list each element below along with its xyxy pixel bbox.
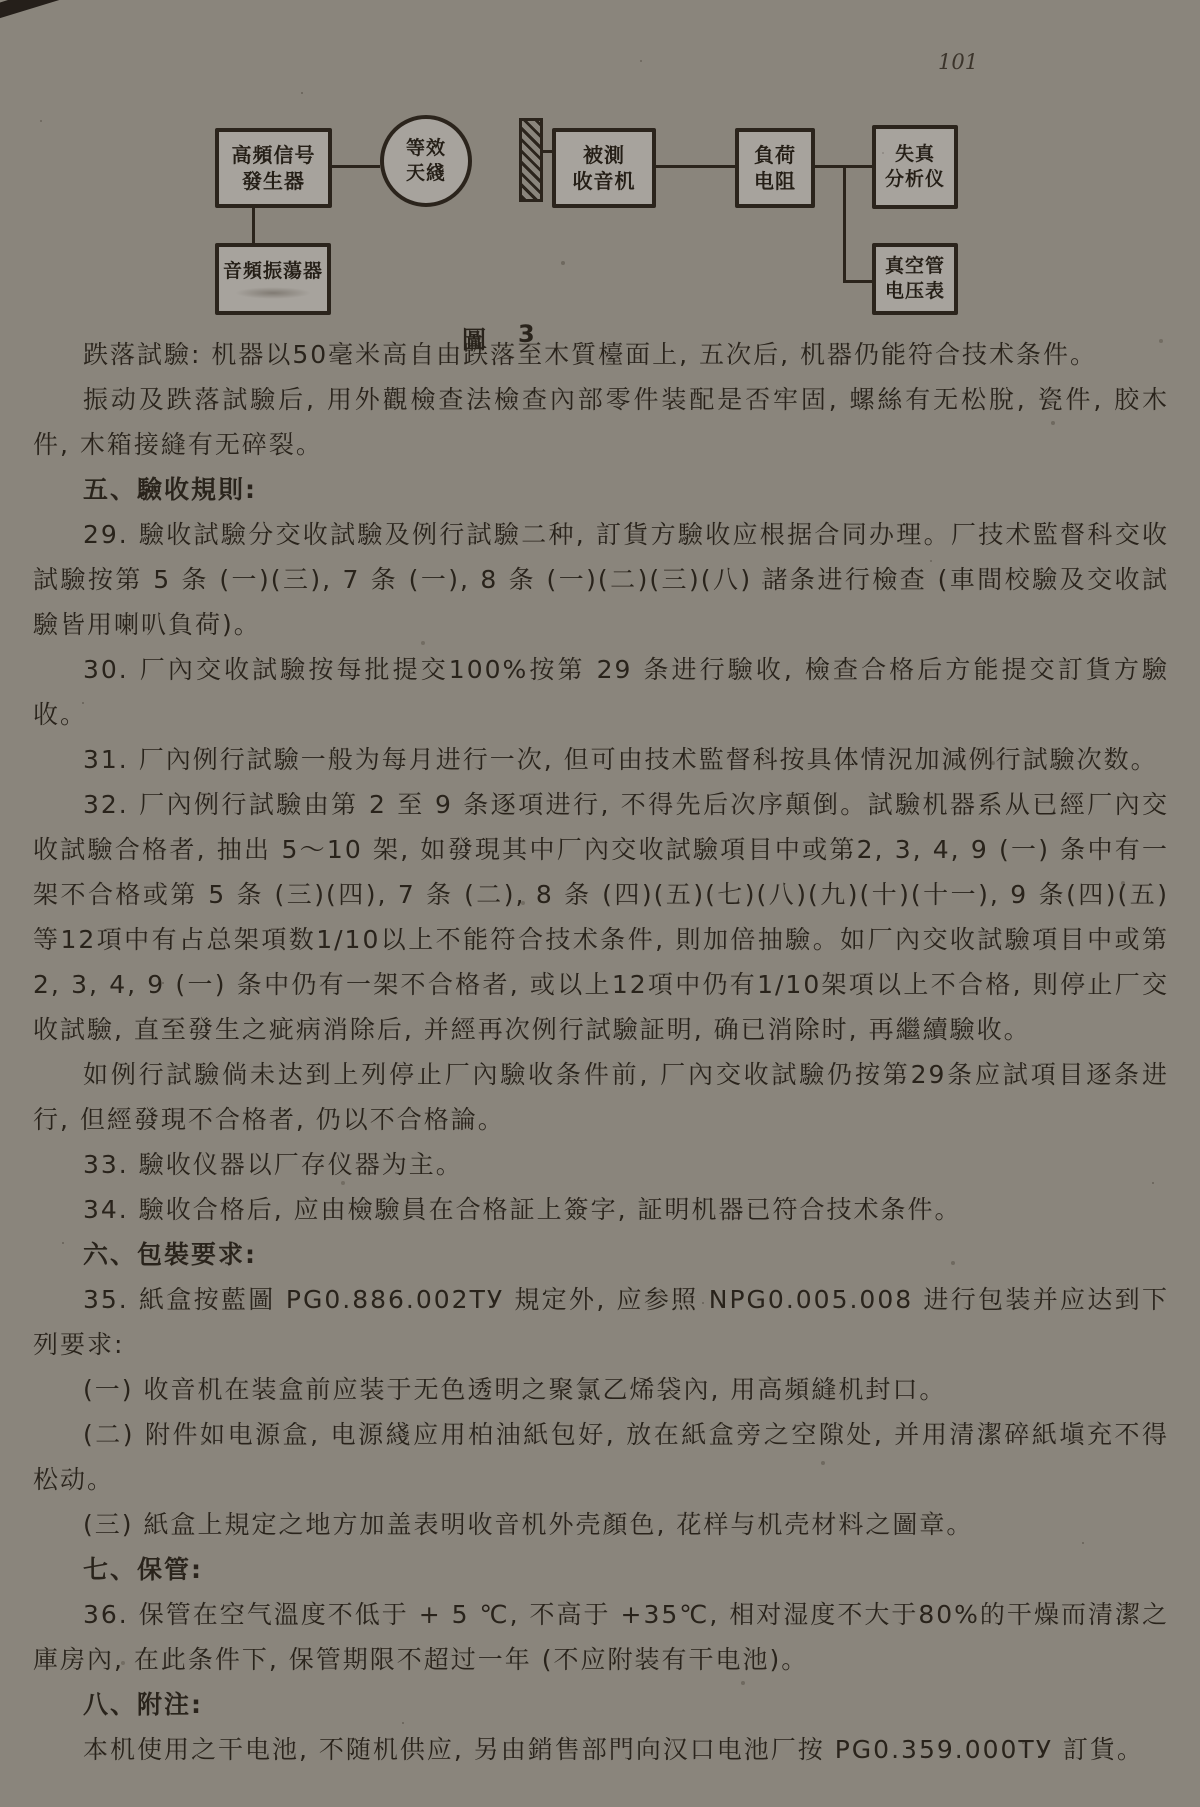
diagram-node-distortion-analyzer: 失真 分析仪 <box>872 125 958 209</box>
paragraph: 29. 驗收試驗分交收試驗及例行試驗二种, 訂貨方驗收应根据合同办理。厂技术監督… <box>33 512 1169 647</box>
ink-smudge <box>235 287 311 299</box>
node-label: 高頻信号 <box>232 142 316 168</box>
node-label: 天綫 <box>406 161 446 186</box>
paragraph: 36. 保管在空气溫度不低于 + 5 ℃, 不高于 +35℃, 相对湿度不大于8… <box>33 1592 1169 1682</box>
diagram-node-equivalent-antenna: 等效 天綫 <box>380 115 472 207</box>
diagram-node-receiver-under-test: 被測 收音机 <box>552 128 656 208</box>
loop-antenna-symbol <box>519 118 543 202</box>
connector-line <box>656 165 735 168</box>
paragraph: 35. 紙盒按藍圖 PG0.886.002ТУ 規定外, 应参照 NPG0.00… <box>33 1277 1169 1367</box>
section-heading: 六、包裝要求: <box>33 1232 1169 1277</box>
node-label: 真空管 <box>885 254 945 279</box>
connector-line <box>843 280 872 283</box>
connector-line <box>843 165 846 283</box>
paragraph: 32. 厂內例行試驗由第 2 至 9 条逐項进行, 不得先后次序顛倒。試驗机器系… <box>33 782 1169 1052</box>
paragraph: (二) 附件如电源盒, 电源綫应用柏油紙包好, 放在紙盒旁之空隙处, 并用清潔碎… <box>33 1412 1169 1502</box>
node-label: 音頻振蕩器 <box>223 259 323 284</box>
paragraph: (一) 收音机在装盒前应装于无色透明之聚氯乙烯袋內, 用高頻縫机封口。 <box>33 1367 1169 1412</box>
connector-line <box>332 165 380 168</box>
paragraph: 30. 厂內交收試驗按每批提交100%按第 29 条进行驗收, 檢查合格后方能提… <box>33 647 1169 737</box>
paragraph: 跌落試驗: 机器以50毫米高自由跌落至木質檯面上, 五次后, 机器仍能符合技术条… <box>33 332 1169 377</box>
diagram-node-load-resistor: 負荷 电阻 <box>735 128 815 208</box>
node-label: 負荷 <box>754 142 796 168</box>
diagram-node-vacuum-tube-voltmeter: 真空管 电压表 <box>872 243 958 315</box>
node-label: 失真 <box>895 142 935 167</box>
test-setup-diagram: 高頻信号 發生器 等效 天綫 被測 收音机 負荷 电阻 失真 分析仪 真空管 电… <box>0 0 1200 345</box>
section-heading: 五、驗收規則: <box>33 467 1169 512</box>
paragraph: 振动及跌落試驗后, 用外觀檢查法檢查內部零件装配是否牢固, 螺絲有无松脫, 瓷件… <box>33 377 1169 467</box>
paragraph: 33. 驗收仪器以厂存仪器为主。 <box>33 1142 1169 1187</box>
paragraph: 31. 厂內例行試驗一般为每月进行一次, 但可由技术監督科按具体情況加減例行試驗… <box>33 737 1169 782</box>
node-label: 电压表 <box>885 279 945 304</box>
diagram-node-hf-signal-generator: 高頻信号 發生器 <box>215 128 332 208</box>
diagram-node-af-oscillator: 音頻振蕩器 <box>215 243 331 315</box>
text-body: 跌落試驗: 机器以50毫米高自由跌落至木質檯面上, 五次后, 机器仍能符合技术条… <box>33 332 1169 1772</box>
paragraph: 如例行試驗倘未达到上列停止厂內驗收条件前, 厂內交收試驗仍按第29条应試項目逐条… <box>33 1052 1169 1142</box>
node-label: 电阻 <box>754 168 796 194</box>
node-label: 被測 <box>583 142 625 168</box>
node-label: 收音机 <box>573 168 636 194</box>
scanned-document-page: 101 高頻信号 發生器 等效 天綫 被測 收音机 負荷 电阻 失真 分析仪 真… <box>0 0 1200 1807</box>
paragraph: 本机使用之干电池, 不随机供应, 另由銷售部門向汉口电池厂按 PG0.359.0… <box>33 1727 1169 1772</box>
connector-line <box>252 208 255 243</box>
paragraph: 34. 驗收合格后, 应由檢驗員在合格証上簽字, 証明机器已符合技术条件。 <box>33 1187 1169 1232</box>
node-label: 等效 <box>406 136 446 161</box>
section-heading: 七、保管: <box>33 1547 1169 1592</box>
paragraph: (三) 紙盒上規定之地方加盖表明收音机外壳顏色, 花样与机壳材料之圖章。 <box>33 1502 1169 1547</box>
section-heading: 八、附注: <box>33 1682 1169 1727</box>
node-label: 發生器 <box>242 168 305 194</box>
connector-line <box>543 150 553 153</box>
node-label: 分析仪 <box>885 167 945 192</box>
